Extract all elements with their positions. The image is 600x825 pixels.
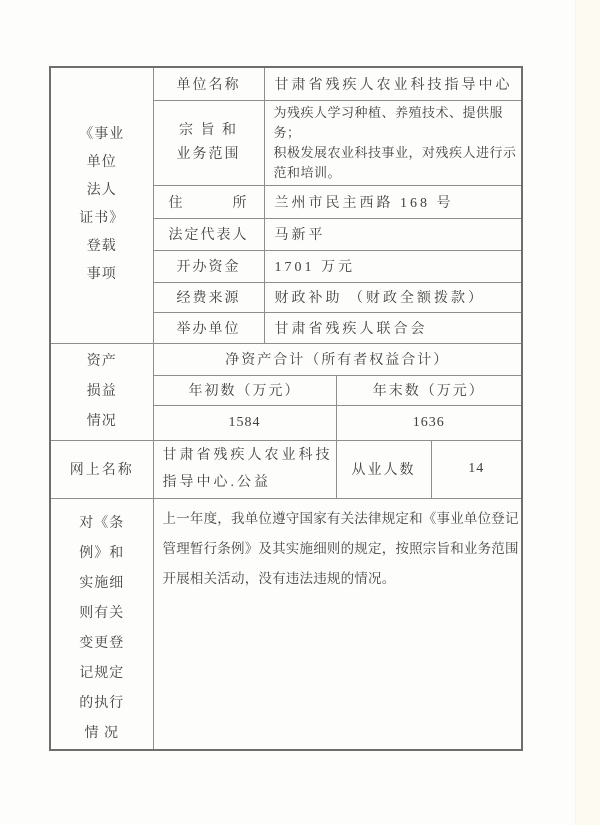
compliance-header-line: 记规定: [51, 659, 153, 689]
certificate-header-line: 事项: [51, 261, 153, 289]
funding-source-value: 财政补助 （财政全额拨款）: [264, 282, 522, 312]
certificate-header-line: 法人: [51, 177, 153, 205]
compliance-header-line: 的执行: [51, 689, 153, 719]
legal-representative-label: 法定代表人: [153, 218, 264, 250]
mission-label-line2: 业务范围: [154, 143, 264, 167]
online-name-value-line: 指导中心.公益: [163, 469, 336, 496]
sponsor-unit-value: 甘肃省残疾人联合会: [264, 312, 522, 343]
sponsor-unit-label: 举办单位: [153, 312, 264, 343]
certificate-header-line: 《事业: [51, 121, 153, 149]
year-end-value: 1636: [336, 405, 522, 440]
row-compliance: 对《条 例》和 实施细 则有关 变更登 记规定 的执行 情 况 上一年度，我单位…: [50, 498, 522, 750]
certificate-header-line: 单位: [51, 149, 153, 177]
staff-count-value: 14: [431, 440, 522, 498]
year-start-header: 年初数（万元）: [153, 375, 336, 405]
registration-form-table: 《事业 单位 法人 证书》 登载 事项 单位名称 甘肃省残疾人农业科技指导中心 …: [49, 66, 523, 751]
initial-fund-label: 开办资金: [153, 250, 264, 282]
initial-fund-value: 1701 万元: [264, 250, 522, 282]
compliance-header-line: 则有关: [51, 599, 153, 629]
row-online-name: 网上名称 甘肃省残疾人农业科技 指导中心.公益 从业人数 14: [50, 440, 522, 498]
certificate-header-line: 证书》: [51, 205, 153, 233]
unit-name-label: 单位名称: [153, 67, 264, 100]
certificate-header-line: 登载: [51, 233, 153, 261]
compliance-statement-line: 管理暂行条例》及其实施细则的规定，按照宗旨和业务范围: [163, 534, 520, 564]
mission-value-line: 范和培训。: [274, 163, 518, 183]
mission-scope-value: 为残疾人学习种植、养殖技术、提供服务； 积极发展农业科技事业，对残疾人进行示 范…: [264, 100, 522, 185]
compliance-header-line: 对《条: [51, 509, 153, 539]
mission-value-line: 积极发展农业科技事业，对残疾人进行示: [274, 143, 518, 163]
scanned-document-page: 《事业 单位 法人 证书》 登载 事项 单位名称 甘肃省残疾人农业科技指导中心 …: [0, 0, 600, 825]
unit-name-value: 甘肃省残疾人农业科技指导中心: [264, 67, 522, 100]
online-name-value-line: 甘肃省残疾人农业科技: [163, 442, 336, 469]
compliance-header-line: 例》和: [51, 539, 153, 569]
assets-status-header: 资产 损益 情况: [50, 343, 153, 440]
compliance-statement-line: 开展相关活动，没有违法违规的情况。: [163, 564, 520, 594]
assets-header-line: 情况: [51, 407, 153, 437]
online-name-value: 甘肃省残疾人农业科技 指导中心.公益: [153, 440, 336, 498]
address-label: 住 所: [153, 185, 264, 218]
certificate-items-header: 《事业 单位 法人 证书》 登载 事项: [50, 67, 153, 343]
row-net-assets-title: 资产 损益 情况 净资产合计（所有者权益合计）: [50, 343, 522, 375]
online-name-label: 网上名称: [50, 440, 153, 498]
staff-count-label: 从业人数: [336, 440, 431, 498]
mission-scope-label: 宗 旨 和 业务范围: [153, 100, 264, 185]
compliance-header: 对《条 例》和 实施细 则有关 变更登 记规定 的执行 情 况: [50, 498, 153, 750]
compliance-header-line: 情 况: [51, 719, 153, 749]
compliance-header-line: 实施细: [51, 569, 153, 599]
compliance-header-line: 变更登: [51, 629, 153, 659]
row-unit-name: 《事业 单位 法人 证书》 登载 事项 单位名称 甘肃省残疾人农业科技指导中心: [50, 67, 522, 100]
funding-source-label: 经费来源: [153, 282, 264, 312]
mission-value-line: 为残疾人学习种植、养殖技术、提供服务；: [274, 103, 518, 143]
scan-page-edge: [575, 0, 600, 825]
year-end-header: 年末数（万元）: [336, 375, 522, 405]
legal-representative-value: 马新平: [264, 218, 522, 250]
compliance-statement: 上一年度，我单位遵守国家有关法律规定和《事业单位登记 管理暂行条例》及其实施细则…: [153, 498, 522, 750]
mission-label-line1: 宗 旨 和: [154, 119, 264, 143]
year-start-value: 1584: [153, 405, 336, 440]
assets-header-line: 资产: [51, 347, 153, 377]
compliance-statement-line: 上一年度，我单位遵守国家有关法律规定和《事业单位登记: [163, 504, 520, 534]
assets-header-line: 损益: [51, 377, 153, 407]
address-value: 兰州市民主西路 168 号: [264, 185, 522, 218]
net-assets-title: 净资产合计（所有者权益合计）: [153, 343, 522, 375]
